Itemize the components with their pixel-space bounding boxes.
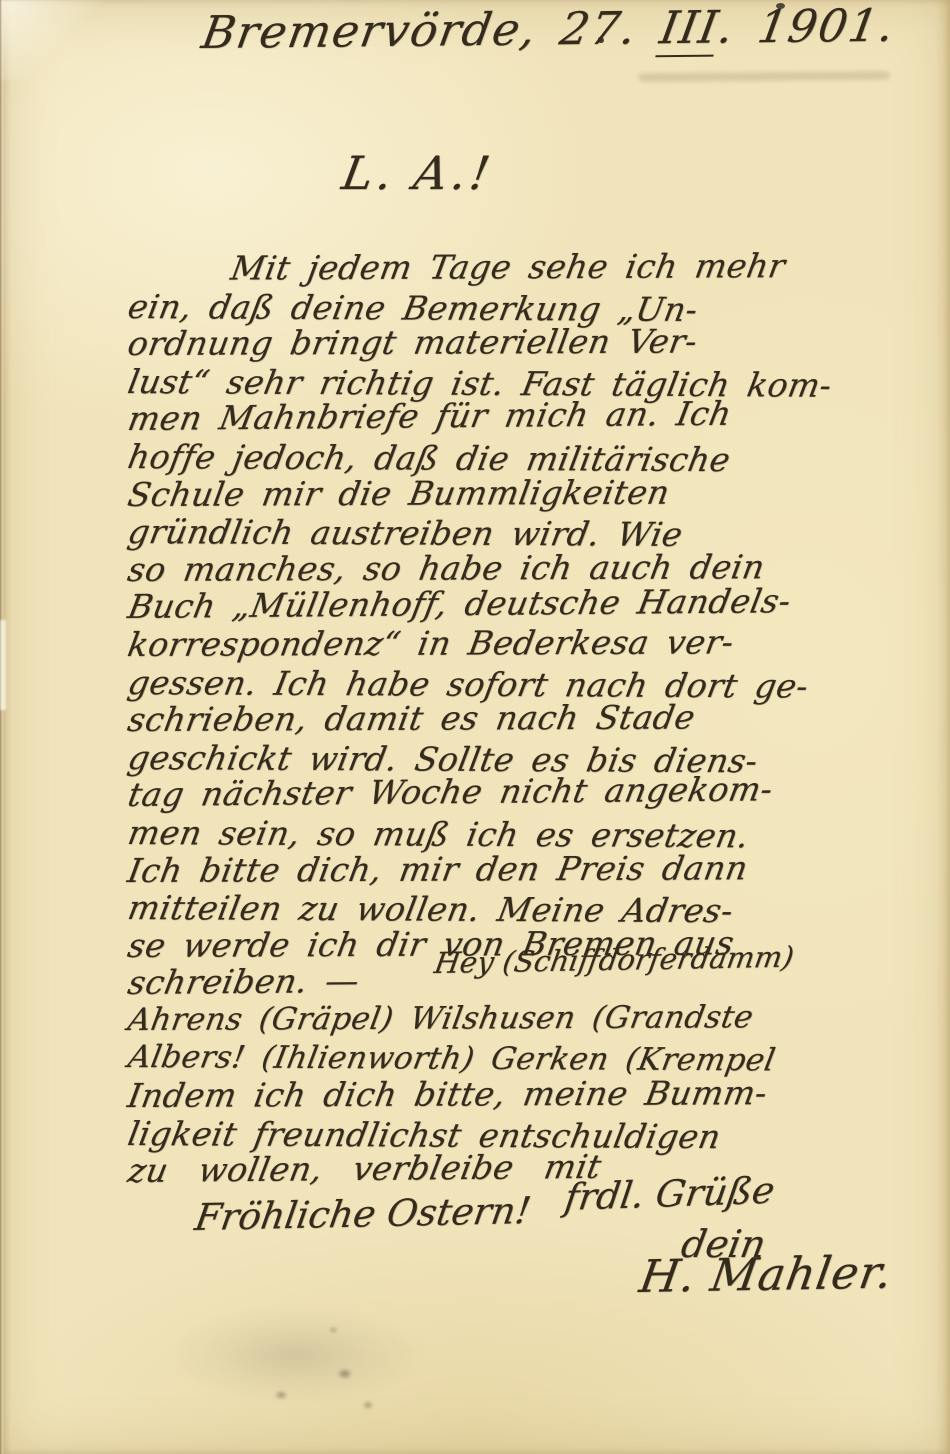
letter-line: ordnung bringt materiellen Ver-	[125, 321, 950, 363]
letter-line: men Mahnbriefe für mich an. Ich	[125, 392, 950, 438]
letter-line: schrieben, damit es nach Stade	[125, 697, 950, 739]
letter-line: Indem ich dich bitte, meine Bumm-	[125, 1073, 950, 1115]
pencil-smudge	[638, 71, 890, 82]
letter-line: zu wollen, verbleibe mit	[125, 1143, 950, 1189]
dateline-year: . 1901.	[714, 0, 899, 54]
letter-line: Ich bitte dich, mir den Preis dann	[125, 847, 950, 889]
signature: H. Mahler.	[636, 1246, 897, 1303]
closing-easter-wish: Fröhliche Ostern!	[192, 1189, 534, 1239]
letter-page: Bremervörde, 27. III. 1901. L. A.! Mit j…	[0, 0, 950, 1454]
salutation: L. A.!	[338, 146, 498, 200]
dateline: Bremervörde, 27. III. 1901.	[198, 0, 899, 59]
letter-line: korrespondenz“ in Bederkesa ver-	[125, 622, 950, 664]
dateline-place-day: Bremervörde, 27.	[198, 1, 665, 59]
margin-note: Hey (Schiffdorferdamm)	[432, 940, 796, 980]
letter-body: Mit jedem Tage sehe ich mehrein, daß dei…	[0, 250, 950, 1190]
paper-stain	[165, 1305, 455, 1430]
dateline-month-roman: III	[656, 1, 723, 58]
letter-line: Mit jedem Tage sehe ich mehr	[125, 246, 950, 288]
closing-regards: frdl. Grüße	[562, 1169, 777, 1219]
letter-line: Schule mir die Bummligkeiten	[125, 471, 950, 513]
letter-line: tag nächster Woche nicht angekom-	[125, 768, 950, 814]
letter-line: Ahrens (Gräpel) Wilshusen (Grandste	[125, 997, 950, 1039]
paper-crease	[0, 0, 120, 80]
letter-line: Buch „Müllenhoff, deutsche Handels-	[125, 580, 950, 626]
